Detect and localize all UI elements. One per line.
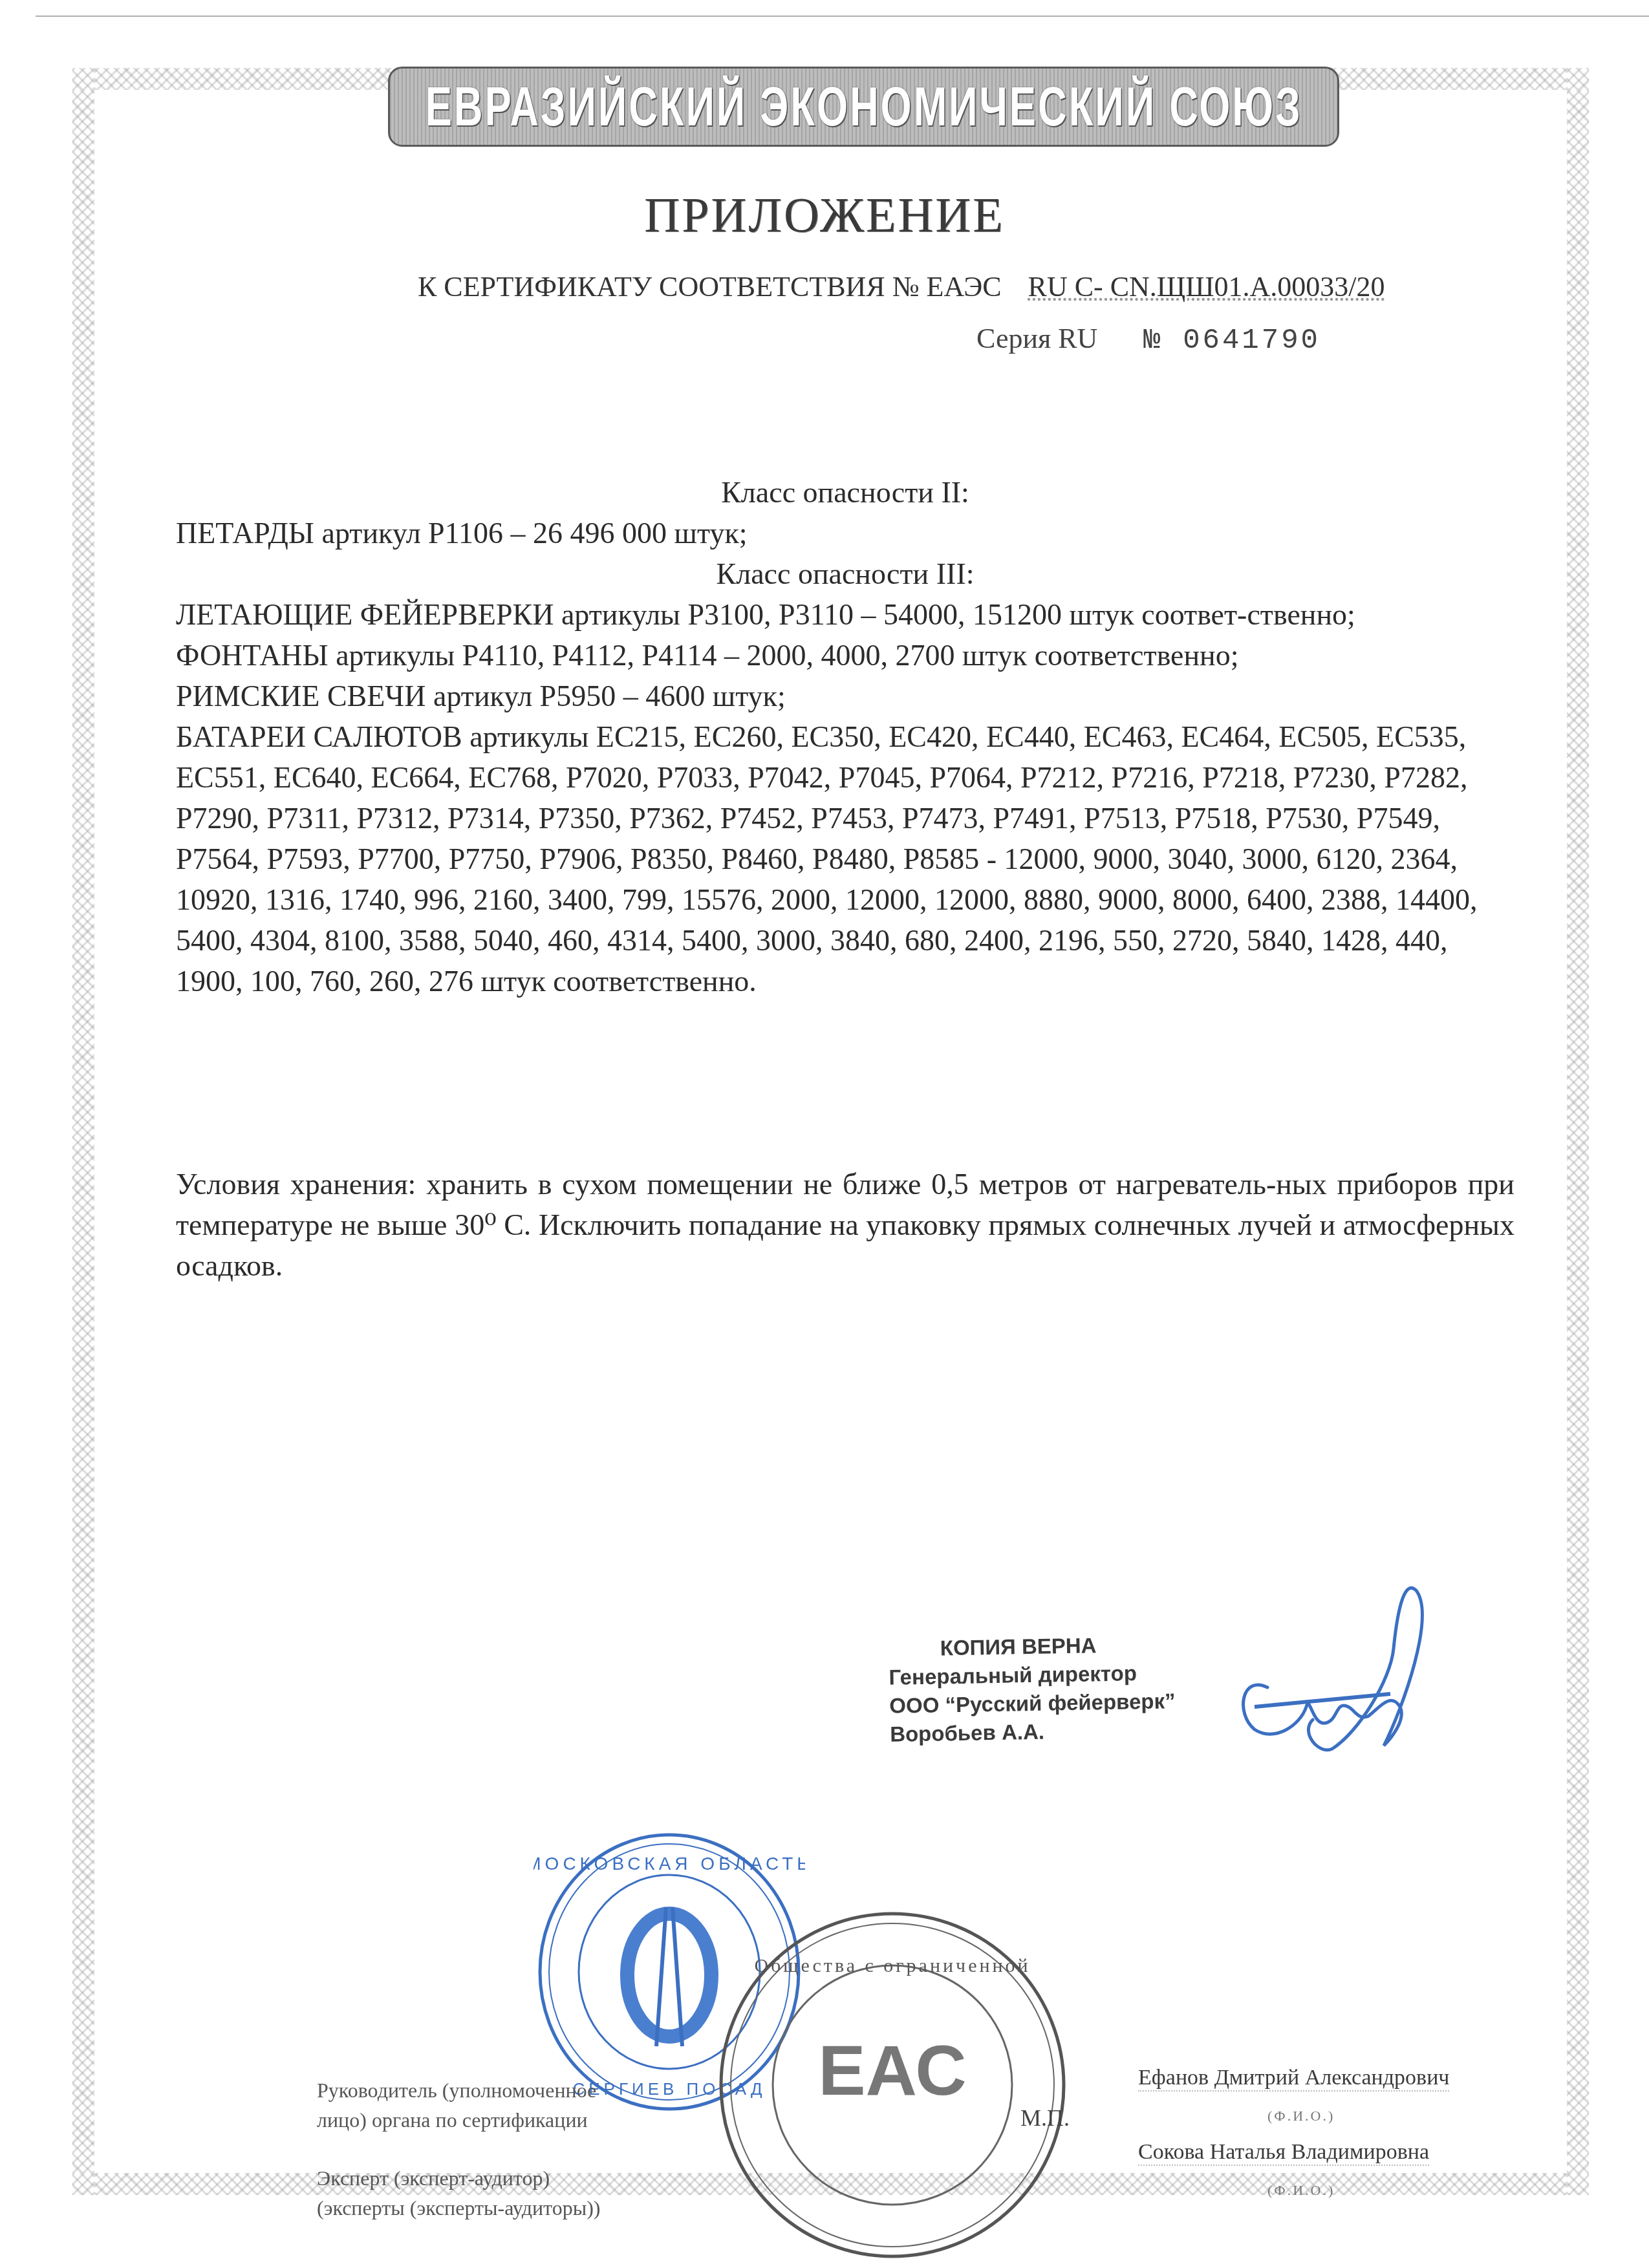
document-title: ПРИЛОЖЕНИЕ <box>0 187 1649 244</box>
certificate-reference: К СЕРТИФИКАТУ СООТВЕТСТВИЯ № ЕАЭС RU C- … <box>418 270 1385 303</box>
expert-name: Сокова Наталья Владимировна <box>1138 2140 1429 2166</box>
copy-verified-label: КОПИЯ ВЕРНА <box>888 1630 1174 1664</box>
seal-place-mark: М.П. <box>1020 2104 1070 2132</box>
storage-text: Условия хранения: хранить в сухом помеще… <box>176 1164 1514 1286</box>
head-label-line1: Руководитель (уполномоченное <box>317 2075 600 2105</box>
head-name-caption: (Ф.И.О.) <box>1267 2108 1335 2124</box>
item-roman-candles: РИМСКИЕ СВЕЧИ артикул Р5950 – 4600 штук; <box>176 676 1514 716</box>
svg-text:ЕАС: ЕАС <box>818 2031 967 2110</box>
certification-body-seal-icon: Общества с ограниченной ЕАС <box>711 1901 1073 2268</box>
certificate-number: RU C- CN.ЩШ01.А.00033/20 <box>1028 271 1385 303</box>
expert-name-caption: (Ф.И.О.) <box>1267 2182 1335 2199</box>
series-number: № 0641790 <box>1143 325 1320 357</box>
item-fountains: ФОНТАНЫ артикулы Р4110, Р4112, Р4114 – 2… <box>176 635 1514 676</box>
product-list: Класс опасности II: ПЕТАРДЫ артикул Р110… <box>176 472 1514 1001</box>
head-label-line2: лицо) органа по сертификации <box>317 2105 600 2135</box>
item-petards: ПЕТАРДЫ артикул Р1106 – 26 496 000 штук; <box>176 513 1514 553</box>
company-name: ООО “Русский фейерверк” <box>889 1687 1176 1720</box>
item-flying-fireworks: ЛЕТАЮЩИЕ ФЕЙЕРВЕРКИ артикулы Р3100, Р311… <box>176 594 1514 635</box>
header-banner: ЕВРАЗИЙСКИЙ ЭКОНОМИЧЕСКИЙ СОЮЗ <box>388 67 1339 147</box>
storage-conditions: Условия хранения: хранить в сухом помеще… <box>176 1164 1514 1286</box>
expert-label-line2: (эксперты (эксперты-аудиторы)) <box>317 2193 600 2223</box>
director-signature-icon <box>1229 1578 1449 1765</box>
scanner-edge-line <box>36 16 1649 17</box>
svg-text:МОСКОВСКАЯ ОБЛАСТЬ: МОСКОВСКАЯ ОБЛАСТЬ <box>533 1854 805 1874</box>
item-salute-batteries: БАТАРЕИ САЛЮТОВ артикулы ЕС215, ЕС260, Е… <box>176 716 1514 1001</box>
series-reference: Серия RU № 0641790 <box>976 322 1320 357</box>
copy-certification-stamp: КОПИЯ ВЕРНА Генеральный директор ООО “Ру… <box>888 1630 1176 1749</box>
signature-labels: Руководитель (уполномоченное лицо) орган… <box>317 2075 600 2223</box>
hazard-class-3-heading: Класс опасности III: <box>176 553 1514 594</box>
series-label: Серия RU <box>976 323 1097 354</box>
hazard-class-2-heading: Класс опасности II: <box>176 472 1514 513</box>
svg-text:Общества с ограниченной: Общества с ограниченной <box>754 1955 1030 1976</box>
head-name: Ефанов Дмитрий Александрович <box>1138 2066 1449 2091</box>
certificate-prefix: К СЕРТИФИКАТУ СООТВЕТСТВИЯ № ЕАЭС <box>418 271 1002 303</box>
expert-label-line1: Эксперт (эксперт-аудитор) <box>317 2163 600 2193</box>
director-name: Воробьев А.А. <box>890 1715 1176 1749</box>
banner-title: ЕВРАЗИЙСКИЙ ЭКОНОМИЧЕСКИЙ СОЮЗ <box>425 75 1302 139</box>
director-title: Генеральный директор <box>889 1658 1175 1692</box>
guilloche-border <box>72 68 1589 2195</box>
